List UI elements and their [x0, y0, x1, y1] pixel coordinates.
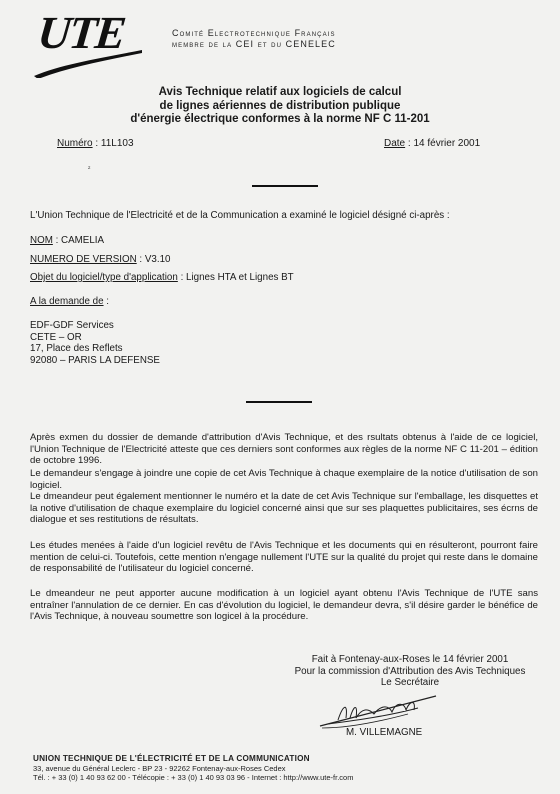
footer-org-name: UNION TECHNIQUE DE L'ÉLECTRICITÉ ET DE L… [33, 754, 353, 764]
numero-value: : 11L103 [93, 138, 134, 149]
separator-rule [246, 401, 312, 403]
organization-header: Comité Electrotechnique Français membre … [172, 28, 336, 50]
requester-heading: A la demande de : [30, 296, 109, 308]
document-title: Avis Technique relatif aux logiciels de … [0, 86, 560, 127]
stray-mark: ² [88, 166, 90, 173]
body-paragraph: Le dmeandeur peut également mentionner l… [30, 491, 538, 526]
handwritten-signature-icon [318, 690, 438, 730]
document-date: Date : 14 février 2001 [384, 138, 480, 149]
software-version: NUMERO DE VERSION : V3.10 [30, 254, 170, 266]
software-name: NOM : CAMELIA [30, 235, 104, 247]
software-purpose: Objet du logiciel/type d'application : L… [30, 272, 294, 284]
logo-swoosh-icon [32, 6, 144, 78]
objet-label: Objet du logiciel/type d'application [30, 272, 178, 283]
title-line-1: Avis Technique relatif aux logiciels de … [0, 86, 560, 100]
requester-address: EDF-GDF Services CETE – OR 17, Place des… [30, 320, 160, 366]
address-line: EDF-GDF Services [30, 320, 160, 332]
body-paragraph: Le dmeandeur ne peut apporter aucune mod… [30, 588, 538, 623]
title-line-3: d'énergie électrique conformes à la norm… [0, 113, 560, 127]
address-line: 92080 – PARIS LA DEFENSE [30, 355, 160, 367]
body-paragraph: Les études menées à l'aide d'un logiciel… [30, 540, 538, 575]
intro-text: L'Union Technique de l'Electricité et de… [30, 210, 450, 222]
title-line-2: de lignes aériennes de distribution publ… [0, 100, 560, 114]
footer: UNION TECHNIQUE DE L'ÉLECTRICITÉ ET DE L… [33, 754, 353, 783]
closing-block: Fait à Fontenay-aux-Roses le 14 février … [270, 654, 550, 689]
numero-label: Numéro [57, 138, 93, 149]
signer-name: M. VILLEMAGNE [346, 727, 422, 738]
date-label: Date [384, 138, 405, 149]
document-number: Numéro : 11L103 [57, 138, 134, 149]
ute-logo: UTE [32, 6, 144, 78]
version-label: NUMERO DE VERSION [30, 254, 137, 265]
nom-value: : CAMELIA [53, 235, 104, 246]
requester-label-suffix: : [104, 296, 109, 307]
separator-rule [252, 185, 318, 187]
footer-address: 33, avenue du Général Leclerc - BP 23 - … [33, 764, 353, 774]
closing-role: Le Secrétaire [270, 677, 550, 689]
address-line: CETE – OR [30, 332, 160, 344]
objet-value: : Lignes HTA et Lignes BT [178, 272, 294, 283]
date-value: : 14 février 2001 [405, 138, 480, 149]
closing-commission: Pour la commission d'Attribution des Avi… [270, 666, 550, 678]
address-line: 17, Place des Reflets [30, 343, 160, 355]
nom-label: NOM [30, 235, 53, 246]
footer-contact: Tél. : + 33 (0) 1 40 93 62 00 - Télécopi… [33, 773, 353, 783]
requester-label: A la demande de [30, 296, 104, 307]
body-paragraph: Le demandeur s'engage à joindre une copi… [30, 468, 538, 491]
organization-line-2: membre de la CEI et du CENELEC [172, 39, 336, 50]
closing-place-date: Fait à Fontenay-aux-Roses le 14 février … [270, 654, 550, 666]
version-value: : V3.10 [137, 254, 171, 265]
organization-line-1: Comité Electrotechnique Français [172, 28, 336, 39]
body-paragraph: Après exmen du dossier de demande d'attr… [30, 432, 538, 467]
